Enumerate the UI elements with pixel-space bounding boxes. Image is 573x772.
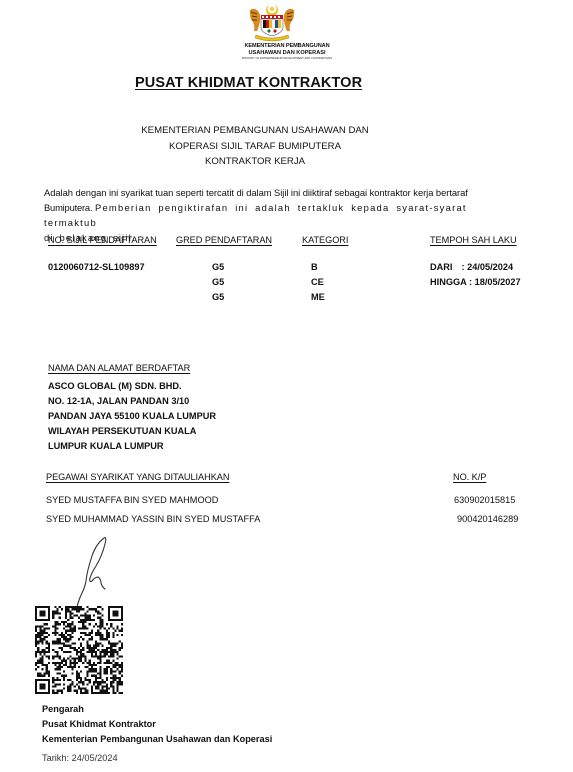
- header-address: NAMA DAN ALAMAT BERDAFTAR: [48, 363, 190, 373]
- issue-date: Tarikh: 24/05/2024: [42, 753, 118, 763]
- validity-to-label: HINGGA: [430, 277, 466, 287]
- signatory-title: Pengarah: [42, 704, 84, 714]
- page-title: PUSAT KHIDMAT KONTRAKTOR: [135, 75, 362, 91]
- logo-line-1: KEMENTERIAN PEMBANGUNAN: [228, 44, 346, 50]
- officer-1-ic: 630902015815: [454, 495, 515, 505]
- qr-code-icon: [35, 606, 123, 694]
- grade-row-3: G5: [212, 292, 224, 302]
- officer-1-name: SYED MUSTAFFA BIN SYED MAHMOOD: [46, 495, 218, 505]
- subtitle-line-1: KEMENTERIAN PEMBANGUNAN USAHAWAN DAN: [120, 123, 390, 139]
- validity-from-label: DARI: [430, 262, 452, 272]
- subtitle-line-3: KONTRAKTOR KERJA: [120, 154, 390, 170]
- header-officers: PEGAWAI SYARIKAT YANG DITAULIAHKAN: [46, 472, 229, 482]
- signatory-ministry: Kementerian Pembangunan Usahawan dan Kop…: [42, 734, 272, 744]
- header-category: KATEGORI: [302, 235, 348, 245]
- statement-line-2a: Bumiputera.: [44, 202, 92, 213]
- subtitle-line-2: KOPERASI SIJIL TARAF BUMIPUTERA: [120, 139, 390, 155]
- logo-line-3: MINISTRY OF ENTREPRENEUR DEVELOPMENT AND…: [228, 57, 346, 60]
- certificate-page: KEMENTERIAN PEMBANGUNAN USAHAWAN DAN KOP…: [0, 0, 573, 772]
- signature-icon: [74, 535, 114, 610]
- ministry-logo-text: KEMENTERIAN PEMBANGUNAN USAHAWAN DAN KOP…: [228, 44, 346, 60]
- validity-from: DARI: 24/05/2024: [430, 262, 513, 272]
- malaysia-coat-of-arms-icon: [244, 2, 300, 42]
- grade-row-2: G5: [212, 277, 224, 287]
- cert-no-value: 0120060712-SL109897: [48, 262, 145, 272]
- address-line-4: WILAYAH PERSEKUTUAN KUALA: [48, 426, 196, 436]
- statement-line-2b: Pemberian pengiktirafan ini adalah terta…: [44, 202, 467, 228]
- officer-2-ic: 900420146289: [457, 514, 518, 524]
- validity-to-date: 18/05/2027: [475, 277, 521, 287]
- statement-line-1: Adalah dengan ini syarikat tuan seperti …: [44, 185, 524, 200]
- category-row-2: CE: [311, 277, 324, 287]
- header-validity: TEMPOH SAH LAKU: [430, 235, 517, 245]
- address-line-2: NO. 12-1A, JALAN PANDAN 3/10: [48, 396, 189, 406]
- officer-2-name: SYED MUHAMMAD YASSIN BIN SYED MUSTAFFA: [46, 514, 260, 524]
- signatory-department: Pusat Khidmat Kontraktor: [42, 719, 156, 729]
- address-line-1: ASCO GLOBAL (M) SDN. BHD.: [48, 381, 182, 391]
- certificate-subtitle: KEMENTERIAN PEMBANGUNAN USAHAWAN DAN KOP…: [120, 123, 390, 170]
- statement-line-2: Bumiputera. Pemberian pengiktirafan ini …: [44, 200, 524, 230]
- header-grade: GRED PENDAFTARAN: [176, 235, 272, 245]
- validity-to: HINGGA : 18/05/2027: [430, 277, 521, 287]
- grade-row-1: G5: [212, 262, 224, 272]
- address-line-5: LUMPUR KUALA LUMPUR: [48, 441, 164, 451]
- address-line-3: PANDAN JAYA 55100 KUALA LUMPUR: [48, 411, 216, 421]
- header-cert-no: NO. SIJIL PENDAFTARAN: [48, 235, 157, 245]
- category-row-1: B: [311, 262, 318, 272]
- category-row-3: ME: [311, 292, 325, 302]
- header-ic: NO. K/P: [453, 472, 486, 482]
- validity-from-date: 24/05/2024: [467, 262, 513, 272]
